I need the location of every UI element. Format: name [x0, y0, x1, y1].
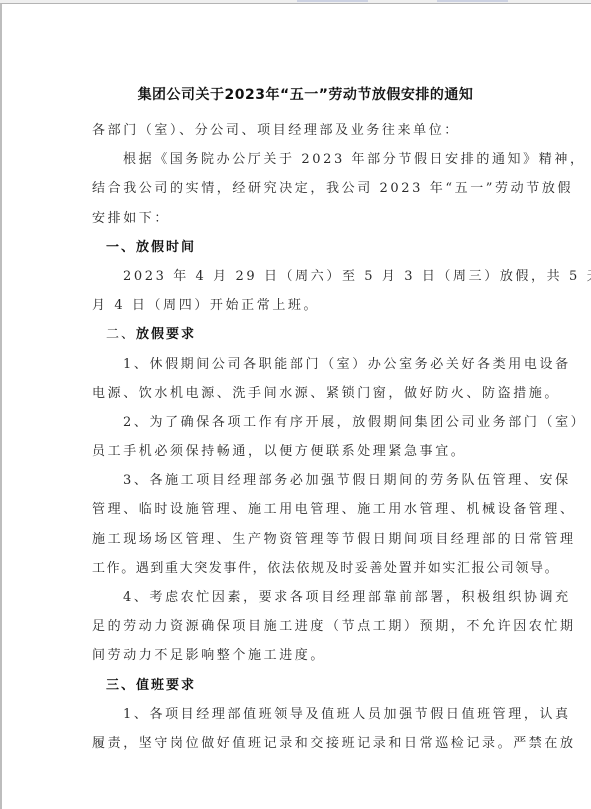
- document-title: 集团公司关于2023年“五一”劳动节放假安排的通知: [2, 84, 591, 104]
- intro-line-3: 安排如下：: [92, 204, 526, 233]
- section-2-item-3-line-1: 3、各施工项目经理部务必加强节假日期间的劳务队伍管理、安保: [92, 466, 526, 495]
- section-3-item-1-line-2: 履责，坚守岗位做好值班记录和交接班记录和日常巡检记录。严禁在放: [92, 729, 526, 758]
- section-2-item-4-line-1: 4、考虑农忙因素，要求各项目经理部靠前部署，积极组织协调充: [92, 583, 526, 612]
- section-number-2: 二、: [106, 327, 136, 342]
- document-body: 各部门（室）、分公司、项目经理部及业务往来单位： 根据《国务院办公厅关于 202…: [92, 116, 526, 758]
- intro-line-1: 根据《国务院办公厅关于 2023 年部分节假日安排的通知》精神，: [92, 145, 526, 174]
- document-page: 集团公司关于2023年“五一”劳动节放假安排的通知 各部门（室）、分公司、项目经…: [0, 3, 591, 809]
- section-number-3: 三、: [106, 678, 136, 693]
- section-3-item-1-line-1: 1、各项目经理部值班领导及值班人员加强节假日值班管理，认真: [92, 700, 526, 729]
- tab-marker-2[interactable]: [437, 0, 508, 2]
- section-2-item-2-line-1: 2、为了确保各项工作有序开展，放假期间集团公司业务部门（室）: [92, 408, 526, 437]
- section-1-para-1-line-1: 2023 年 4 月 29 日（周六）至 5 月 3 日（周三）放假，共 5 天…: [92, 262, 526, 291]
- intro-line-2: 结合我公司的实情，经研究决定，我公司 2023 年“五一”劳动节放假: [92, 174, 526, 203]
- section-title-3: 值班要求: [136, 678, 196, 693]
- section-2-item-3-line-2: 管理、临时设施管理、施工用电管理、施工用水管理、机械设备管理、: [92, 495, 526, 524]
- section-2-item-2-line-2: 员工手机必须保持畅通，以便方便联系处理紧急事宜。: [92, 437, 526, 466]
- section-2-item-3-line-3: 施工现场场区管理、生产物资管理等节假日期间项目经理部的日常管理: [92, 525, 526, 554]
- section-title-2: 放假要求: [136, 327, 196, 342]
- section-heading-2: 二、放假要求: [92, 320, 526, 349]
- section-title-1: 放假时间: [136, 240, 196, 255]
- section-number-1: 一、: [106, 240, 136, 255]
- section-heading-3: 三、值班要求: [92, 671, 526, 700]
- salutation: 各部门（室）、分公司、项目经理部及业务往来单位：: [92, 116, 526, 145]
- section-2-item-3-line-4: 工作。遇到重大突发事件，依法依规及时妥善处置并如实汇报公司领导。: [92, 554, 526, 583]
- section-2-item-4-line-2: 足的劳动力资源确保项目施工进度（节点工期）预期，不允许因农忙期: [92, 612, 526, 641]
- section-heading-1: 一、放假时间: [92, 233, 526, 262]
- section-1-para-1-line-2: 月 4 日（周四）开始正常上班。: [92, 291, 526, 320]
- section-2-item-4-line-3: 间劳动力不足影响整个施工进度。: [92, 641, 526, 670]
- tab-marker-1[interactable]: [297, 0, 368, 2]
- section-2-item-1-line-2: 电源、饮水机电源、洗手间水源、紧锁门窗，做好防火、防盗措施。: [92, 379, 526, 408]
- section-2-item-1-line-1: 1、休假期间公司各职能部门（室）办公室务必关好各类用电设备: [92, 350, 526, 379]
